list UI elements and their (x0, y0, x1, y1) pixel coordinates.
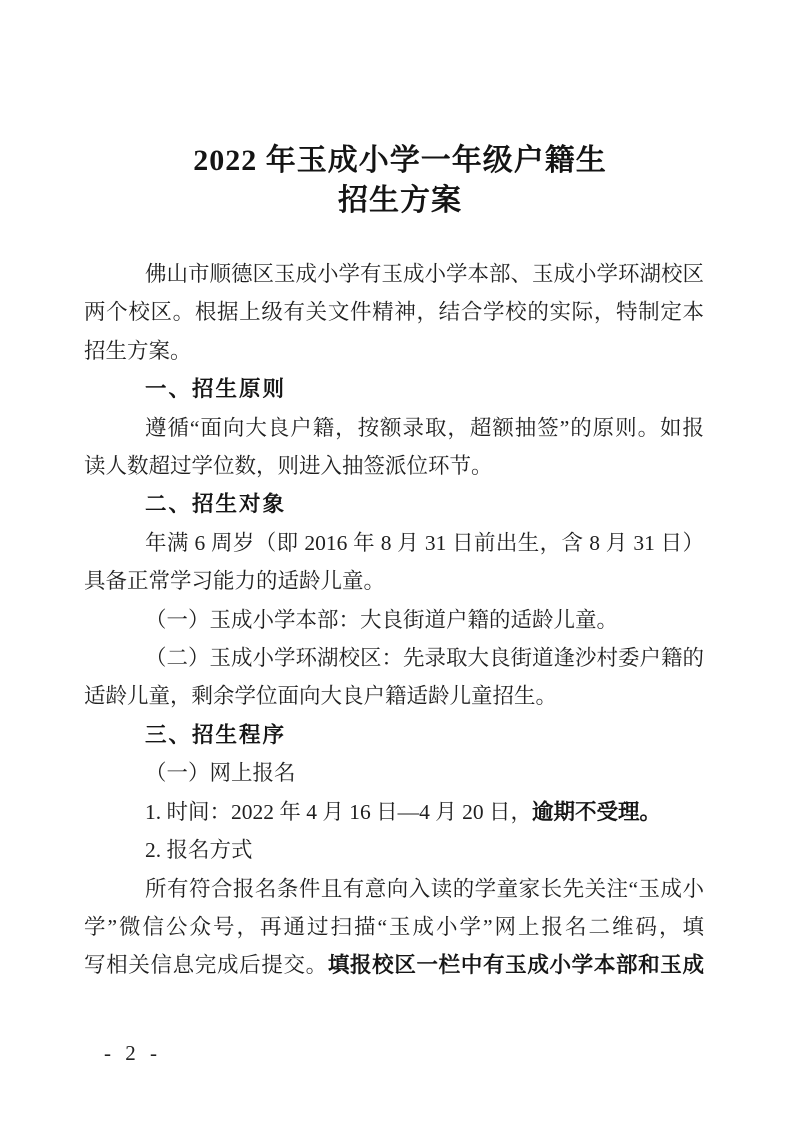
doc-line-method-2: 学”微信公众号，再通过扫描“玉成小学”网上报名二维码，填 (84, 908, 704, 946)
doc-body: 佛山市顺德区玉成小学有玉成小学本部、玉成小学环湖校区 两个校区。根据上级有关文件… (84, 255, 704, 985)
doc-line-intro-1: 佛山市顺德区玉成小学有玉成小学本部、玉成小学环湖校区 (84, 255, 704, 293)
registration-method-heading: 2. 报名方式 (84, 831, 704, 869)
doc-line-targets-2: 具备正常学习能力的适龄儿童。 (84, 562, 704, 600)
doc-line-campus-huanhu-1: （二）玉成小学环湖校区：先录取大良街道逢沙村委户籍的 (84, 639, 704, 677)
section-heading-enrollment-targets: 二、招生对象 (84, 485, 704, 523)
doc-line-intro-2: 两个校区。根据上级有关文件精神，结合学校的实际，特制定本 (84, 293, 704, 331)
doc-line-method-3: 写相关信息完成后提交。填报校区一栏中有玉成小学本部和玉成 (84, 946, 704, 984)
registration-time-line: 1. 时间：2022 年 4 月 16 日—4 月 20 日，逾期不受理。 (84, 793, 704, 831)
doc-line-campus-main: （一）玉成小学本部：大良街道户籍的适龄儿童。 (84, 601, 704, 639)
doc-line-campus-huanhu-2: 适龄儿童，剩余学位面向大良户籍适龄儿童招生。 (84, 677, 704, 715)
registration-time-text: 1. 时间：2022 年 4 月 16 日—4 月 20 日， (145, 800, 532, 824)
doc-title: 2022 年玉成小学一年级户籍生 招生方案 (0, 0, 800, 221)
doc-line-method-3-bold-text: 填报校区一栏中有玉成小学本部和玉成 (328, 953, 704, 977)
doc-title-line-2: 招生方案 (0, 181, 800, 221)
document-page: 2022 年玉成小学一年级户籍生 招生方案 佛山市顺德区玉成小学有玉成小学本部、… (0, 0, 800, 1130)
subsection-heading-online-registration: （一）网上报名 (84, 754, 704, 792)
doc-title-line-1: 2022 年玉成小学一年级户籍生 (0, 141, 800, 181)
section-heading-enrollment-procedure: 三、招生程序 (84, 716, 704, 754)
doc-line-method-3-text: 写相关信息完成后提交。 (84, 953, 328, 977)
doc-line-principles-1: 遵循“面向大良户籍，按额录取，超额抽签”的原则。如报 (84, 409, 704, 447)
doc-line-principles-2: 读人数超过学位数，则进入抽签派位环节。 (84, 447, 704, 485)
doc-line-intro-3: 招生方案。 (84, 332, 704, 370)
section-heading-enrollment-principles: 一、招生原则 (84, 370, 704, 408)
registration-deadline-warning: 逾期不受理。 (532, 800, 661, 824)
doc-line-targets-1: 年满 6 周岁（即 2016 年 8 月 31 日前出生，含 8 月 31 日） (84, 524, 704, 562)
doc-line-method-1: 所有符合报名条件且有意向入读的学童家长先关注“玉成小 (84, 870, 704, 908)
page-number: - 2 - (104, 1041, 800, 1065)
